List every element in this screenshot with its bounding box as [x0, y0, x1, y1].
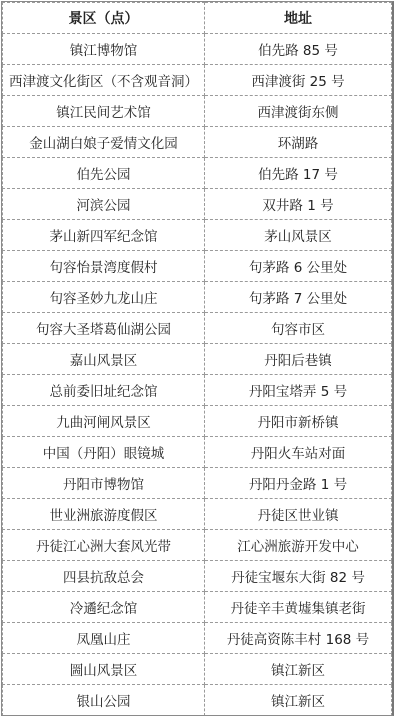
scenic-spots-table-container: 景区（点） 地址 镇江博物馆伯先路 85 号西津渡文化街区（不含观音洞）西津渡街… — [2, 2, 391, 716]
table-row: 句容怡景湾度假村句茅路 6 公里处 — [3, 251, 392, 282]
table-row: 句容圣妙九龙山庄句茅路 7 公里处 — [3, 282, 392, 313]
table-row: 嘉山风景区丹阳后巷镇 — [3, 344, 392, 375]
address-cell: 伯先路 85 号 — [205, 34, 392, 65]
scenic-spot-cell: 嘉山风景区 — [3, 344, 205, 375]
address-cell: 镇江新区 — [205, 654, 392, 685]
address-cell: 丹徒区世业镇 — [205, 499, 392, 530]
table-row: 丹阳市博物馆丹阳丹金路 1 号 — [3, 468, 392, 499]
scenic-spot-cell: 镇江民间艺术馆 — [3, 96, 205, 127]
table-row: 世业洲旅游度假区丹徒区世业镇 — [3, 499, 392, 530]
scenic-spot-cell: 四县抗敌总会 — [3, 561, 205, 592]
address-cell: 江心洲旅游开发中心 — [205, 530, 392, 561]
scenic-spot-cell: 丹阳市博物馆 — [3, 468, 205, 499]
address-cell: 丹徒辛丰黄墟集镇老街 — [205, 592, 392, 623]
table-row: 凤凰山庄丹徒高资陈丰村 168 号 — [3, 623, 392, 654]
table-row: 总前委旧址纪念馆丹阳宝塔弄 5 号 — [3, 375, 392, 406]
address-cell: 西津渡街东侧 — [205, 96, 392, 127]
table-row: 金山湖白娘子爱情文化园环湖路 — [3, 127, 392, 158]
table-row: 茅山新四军纪念馆茅山风景区 — [3, 220, 392, 251]
address-cell: 句茅路 6 公里处 — [205, 251, 392, 282]
table-row: 镇江博物馆伯先路 85 号 — [3, 34, 392, 65]
address-cell: 句茅路 7 公里处 — [205, 282, 392, 313]
address-cell: 伯先路 17 号 — [205, 158, 392, 189]
scenic-spot-cell: 银山公园 — [3, 685, 205, 716]
address-cell: 句容市区 — [205, 313, 392, 344]
table-row: 圌山风景区镇江新区 — [3, 654, 392, 685]
address-cell: 环湖路 — [205, 127, 392, 158]
table-body: 镇江博物馆伯先路 85 号西津渡文化街区（不含观音洞）西津渡街 25 号镇江民间… — [3, 34, 392, 716]
address-cell: 丹阳市新桥镇 — [205, 406, 392, 437]
scenic-spot-cell: 镇江博物馆 — [3, 34, 205, 65]
table-row: 银山公园镇江新区 — [3, 685, 392, 716]
scenic-spot-cell: 凤凰山庄 — [3, 623, 205, 654]
scenic-spot-cell: 冷遹纪念馆 — [3, 592, 205, 623]
address-cell: 丹徒宝堰东大街 82 号 — [205, 561, 392, 592]
scenic-spot-cell: 河滨公园 — [3, 189, 205, 220]
scenic-spot-cell: 总前委旧址纪念馆 — [3, 375, 205, 406]
scenic-spot-cell: 伯先公园 — [3, 158, 205, 189]
address-cell: 镇江新区 — [205, 685, 392, 716]
scenic-spot-cell: 丹徒江心洲大套风光带 — [3, 530, 205, 561]
address-cell: 丹阳火车站对面 — [205, 437, 392, 468]
scenic-spot-cell: 句容怡景湾度假村 — [3, 251, 205, 282]
scenic-spots-table: 景区（点） 地址 镇江博物馆伯先路 85 号西津渡文化街区（不含观音洞）西津渡街… — [2, 2, 392, 716]
header-address: 地址 — [205, 3, 392, 34]
table-row: 丹徒江心洲大套风光带江心洲旅游开发中心 — [3, 530, 392, 561]
table-row: 西津渡文化街区（不含观音洞）西津渡街 25 号 — [3, 65, 392, 96]
scenic-spot-cell: 句容圣妙九龙山庄 — [3, 282, 205, 313]
address-cell: 丹徒高资陈丰村 168 号 — [205, 623, 392, 654]
address-cell: 西津渡街 25 号 — [205, 65, 392, 96]
table-row: 镇江民间艺术馆西津渡街东侧 — [3, 96, 392, 127]
scenic-spot-cell: 九曲河闸风景区 — [3, 406, 205, 437]
scenic-spot-cell: 中国（丹阳）眼镜城 — [3, 437, 205, 468]
address-cell: 丹阳宝塔弄 5 号 — [205, 375, 392, 406]
table-row: 冷遹纪念馆丹徒辛丰黄墟集镇老街 — [3, 592, 392, 623]
table-row: 四县抗敌总会丹徒宝堰东大街 82 号 — [3, 561, 392, 592]
scenic-spot-cell: 句容大圣塔葛仙湖公园 — [3, 313, 205, 344]
table-row: 河滨公园双井路 1 号 — [3, 189, 392, 220]
scenic-spot-cell: 茅山新四军纪念馆 — [3, 220, 205, 251]
scenic-spot-cell: 西津渡文化街区（不含观音洞） — [3, 65, 205, 96]
address-cell: 双井路 1 号 — [205, 189, 392, 220]
scenic-spot-cell: 世业洲旅游度假区 — [3, 499, 205, 530]
address-cell: 丹阳后巷镇 — [205, 344, 392, 375]
table-row: 中国（丹阳）眼镜城丹阳火车站对面 — [3, 437, 392, 468]
table-row: 九曲河闸风景区丹阳市新桥镇 — [3, 406, 392, 437]
table-row: 句容大圣塔葛仙湖公园句容市区 — [3, 313, 392, 344]
table-header-row: 景区（点） 地址 — [3, 3, 392, 34]
table-row: 伯先公园伯先路 17 号 — [3, 158, 392, 189]
scenic-spot-cell: 金山湖白娘子爱情文化园 — [3, 127, 205, 158]
scenic-spot-cell: 圌山风景区 — [3, 654, 205, 685]
header-scenic-spot: 景区（点） — [3, 3, 205, 34]
address-cell: 茅山风景区 — [205, 220, 392, 251]
address-cell: 丹阳丹金路 1 号 — [205, 468, 392, 499]
